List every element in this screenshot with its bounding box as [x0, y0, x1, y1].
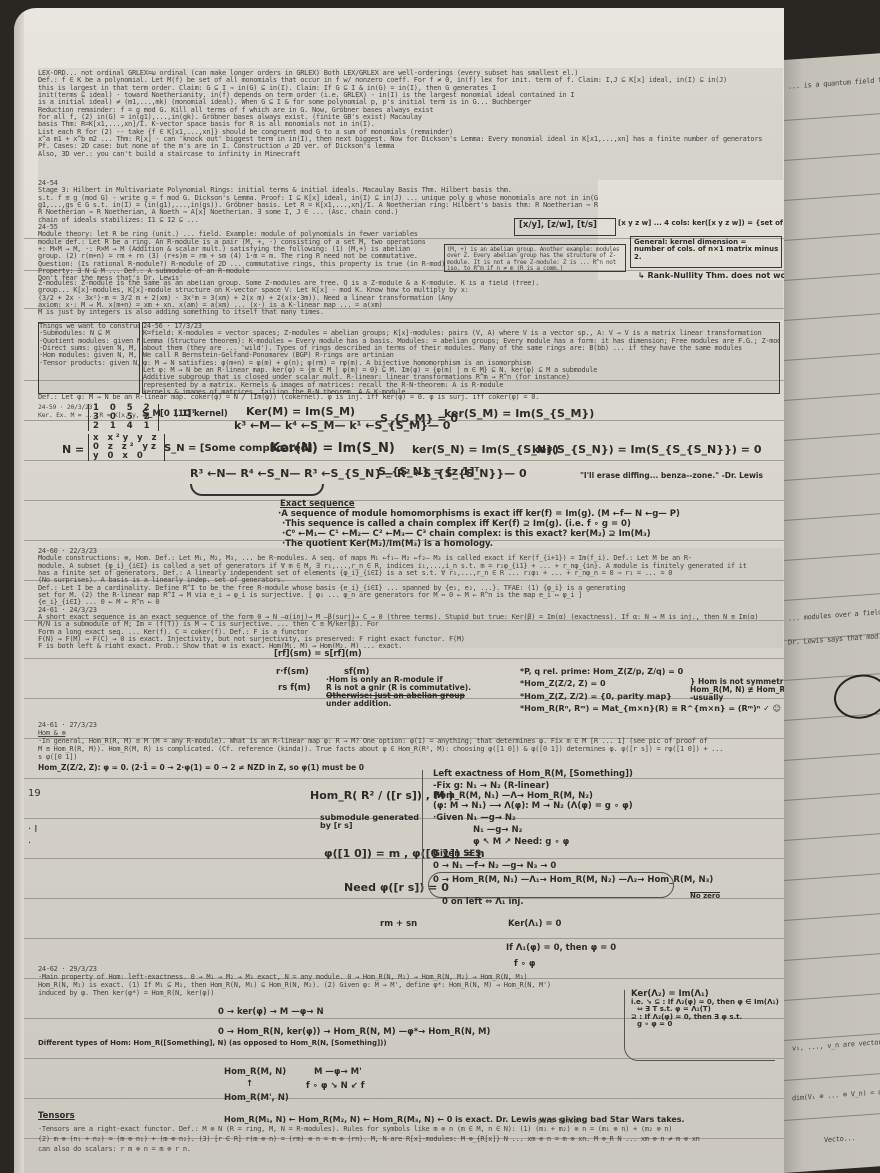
- torus-sketch: [834, 673, 880, 721]
- module-theory-box: 24-56 · 17/3/23 K=field: K-modules = vec…: [142, 322, 780, 394]
- cokernel-definition: Def.: Let φ: M → N be an R-linear map. c…: [38, 394, 539, 401]
- abelian-example-note: (M, +) is an abelian group. Another exam…: [447, 247, 623, 272]
- ses-equation: 0 → N₁ —f→ N₂ —g→ N₃ → 0: [433, 862, 556, 871]
- note-line: F is both left & right exact. Prob.: Sho…: [38, 643, 783, 648]
- margin-mark: 19: [28, 788, 41, 799]
- hom-module-note: ·Hom is only an R-module if R is not a g…: [326, 676, 471, 708]
- margin-mark: ·: [28, 838, 31, 849]
- equation-step: r·f(sm): [276, 668, 309, 677]
- note-line: ·This sequence is called a chain complex…: [282, 520, 631, 529]
- general-kernel-note: General: kernel dimension = number of co…: [634, 239, 779, 261]
- note-line: under addition.: [326, 700, 471, 708]
- pure-tensors-label: pure tensors: [538, 1118, 585, 1125]
- ker-lambda2-box: Ker(Λ₂) = Im(Λ₁) i.e. ↘ ⊆ : If Λ₂(φ) = 0…: [624, 990, 775, 1061]
- fact-item: *P, q rel. prime: Hom_Z(Z/p, Z/q) = 0: [520, 668, 781, 676]
- note-line: (φ: M → N₁) ⟶ Λ(φ): M → N₂ (Λ(φ) = g ∘ φ…: [433, 802, 633, 811]
- module-constructions-notes: 24-60 · 22/3/23 Module constructions: ⊗,…: [38, 548, 783, 648]
- triangle-diagram: φ ↖ M ↗ Need: g ∘ φ: [473, 838, 569, 847]
- submodule-note: submodule generated by [r s]: [320, 814, 430, 831]
- kernel-cols-note: [x y z w] ... 4 cols: ker([x y z w]) = {…: [618, 220, 784, 227]
- note-line: s φ([0 1]): [38, 754, 77, 761]
- right-page-note: v₁, ..., v_n are vector sp...: [792, 1038, 880, 1053]
- note-line: ·Tensors are a right-exact functor. Def.…: [38, 1126, 672, 1133]
- ses-heading: Given SES: [433, 850, 481, 859]
- triangle-diagram: f ∘ φ ↘ N ↙ f: [306, 1082, 364, 1091]
- hom-z2-line: Hom_Z(Z/2, Z): φ = 0. (2·1̄ = 0 → 2·φ(1)…: [38, 764, 364, 772]
- dense-notes-z-modules: Z-modules: Z-module is the same as an ab…: [38, 280, 783, 320]
- note-line: -usually: [690, 694, 784, 702]
- constructions-box: Things we want to construct: ·Submodules…: [38, 322, 140, 394]
- right-page-note: Dr. Lewis says that mod...: [788, 633, 880, 647]
- note-line: -Fix g: N₁ → N₂ (R-linear): [433, 782, 549, 791]
- note-line: Hom_R(M, N₁) —Λ→ Hom_R(M, N₂): [433, 792, 593, 801]
- hom-mprime-n: Hom_R(M', N): [224, 1094, 289, 1103]
- note-line: ·Tensor products: given N, M, form N ⊗_R…: [39, 360, 139, 367]
- matrix-N: x x²y y z 0 z z² yz y 0 x 0: [88, 434, 165, 461]
- sm-label: S_M: [142, 410, 161, 419]
- note-line: ·C⁰ ←M₁— C¹ ←M₂— C² ←M₃— C³ chain comple…: [282, 530, 651, 539]
- ker-ssn-equation: ker(S_{S_N}) = Im(S_{S_{S_N}}) = 0: [532, 444, 762, 456]
- note-line: ·Given N₁ —g→ N₂: [433, 814, 516, 823]
- f-phi: f ∘ φ: [514, 960, 536, 969]
- triangle-diagram: M —φ→ M': [314, 1068, 362, 1077]
- ker-m-equation: Ker(M) = Im(S_M): [246, 406, 355, 418]
- note-line: can also do scalars: r m ⊗ n = m ⊗ r n.: [38, 1146, 191, 1153]
- symmetry-note: } Hom is not symmetric Hom_R(M, N) ≇ Hom…: [690, 678, 784, 702]
- matrix-row: 2 1 4 1: [93, 422, 154, 431]
- kernel-vectors: [x/y], [z/w], [t/s]: [519, 221, 597, 230]
- notebook-left-page: LEX-ORD... not ordinal GRLEX=ω ordinal (…: [14, 8, 784, 1173]
- kernel-sequence: 0 → ker(φ) → M —φ→ N: [218, 1008, 324, 1017]
- triangle-diagram: N₁ —g→ N₂: [473, 826, 522, 835]
- right-page-note: Vecto...: [824, 1135, 855, 1145]
- scalar-mult-equation: [rf](sm) = s[rf](m): [274, 650, 362, 659]
- general-kernel-box: General: kernel dimension = number of co…: [630, 236, 782, 268]
- tensors-heading: Tensors: [38, 1112, 75, 1121]
- vectors-box: [x/y], [z/w], [t/s]: [514, 218, 616, 236]
- note-line: (2) m ⊗ (n₁ + n₂) = (m ⊗ n₁) + (m ⊗ n₂).…: [38, 1136, 700, 1143]
- rm-sn-expression: rm + sn: [380, 920, 417, 929]
- right-page-note: dim(V₁ ⊕ ... ⊕ V_n) = d...: [792, 1088, 880, 1102]
- right-page-note: ... is a quantum field theory ... a co..…: [788, 72, 880, 91]
- note-line: ·A sequence of module homomorphisms is e…: [278, 510, 680, 519]
- notebook-right-page: ... is a quantum field theory ... a co..…: [784, 53, 880, 1173]
- no-zero-note: No zero: [690, 892, 720, 900]
- contravariant-hom-sequence: Hom_R(M₁, N) ← Hom_R(M₂, N) ← Hom_R(M₃, …: [224, 1116, 685, 1124]
- ker-lambda1: Ker(Λ₁) = 0: [508, 920, 561, 929]
- right-page-note: ... modules over a field: Ev...: [788, 607, 880, 623]
- note-line: Also, 3D ver.: you can't build a stairca…: [38, 151, 783, 158]
- ker-sm-equation: ker(S_M) = Im(S_{S_M}): [444, 408, 594, 420]
- note-line: M ≅ Hom_R(R, M)). Hom_R(M, R) is complic…: [38, 746, 723, 753]
- zero-left-note: 0 on left ⇔ Λ₁ inj.: [442, 898, 524, 907]
- if-lambda1: If Λ₁(φ) = 0, then φ = 0: [506, 944, 616, 953]
- equation-step: rs f(m): [278, 684, 311, 693]
- ker-n-equation: Ker(N) = Im(S_N): [270, 442, 395, 456]
- dense-notes-groebner: LEX-ORD... not ordinal GRLEX=ω ordinal (…: [38, 68, 783, 180]
- fact-item: *Hom_R(Rⁿ, Rᵐ) = Mat_{m×n}(R) ≅ R^{m×n} …: [520, 705, 781, 713]
- different-hom-types: Different types of Hom: Hom_R([Something…: [38, 1040, 387, 1047]
- note-line: induced by φ. Then ker(φ*) = Hom_R(N, ke…: [38, 990, 214, 997]
- margin-mark: · I: [28, 824, 37, 835]
- underbrace: [190, 484, 324, 496]
- note-line: {e_i}_{i∈I} ... 0 ← M ← R^n ← 0: [38, 599, 783, 606]
- exact-sequence-heading: Exact sequence: [280, 500, 355, 509]
- left-exactness-heading: Left exactness of Hom_R(M, [Something]): [433, 770, 633, 779]
- abelian-example-box: (M, +) is an abelian group. Another exam…: [444, 244, 626, 272]
- hom-mn: Hom_R(M, N): [224, 1068, 286, 1077]
- sequence-n: R³ ←N— R⁴ ←S_N— R³ ←S_{S_N}— R² ←S_{S_{S…: [190, 468, 527, 480]
- matrix-row: y 0 x 0: [93, 452, 160, 461]
- kernel-note: (1D kernel): [174, 410, 228, 419]
- up-arrow-icon: ↑: [246, 1080, 253, 1089]
- date-stamp: 24-59 · 20/3/23: [38, 404, 92, 411]
- lewis-quote: "I'll erase diffing... benza--zone." -Dr…: [580, 472, 763, 480]
- hom-kernel-sequence: 0 → Hom_R(N, ker(φ)) → Hom_R(N, M) —φ*→ …: [218, 1028, 490, 1037]
- n-label: N =: [62, 444, 84, 456]
- note-line: M is just by integers is also adding som…: [38, 309, 783, 316]
- hom-sequence-loop: [428, 872, 674, 898]
- note-line: g ∘ φ = 0: [637, 1021, 784, 1028]
